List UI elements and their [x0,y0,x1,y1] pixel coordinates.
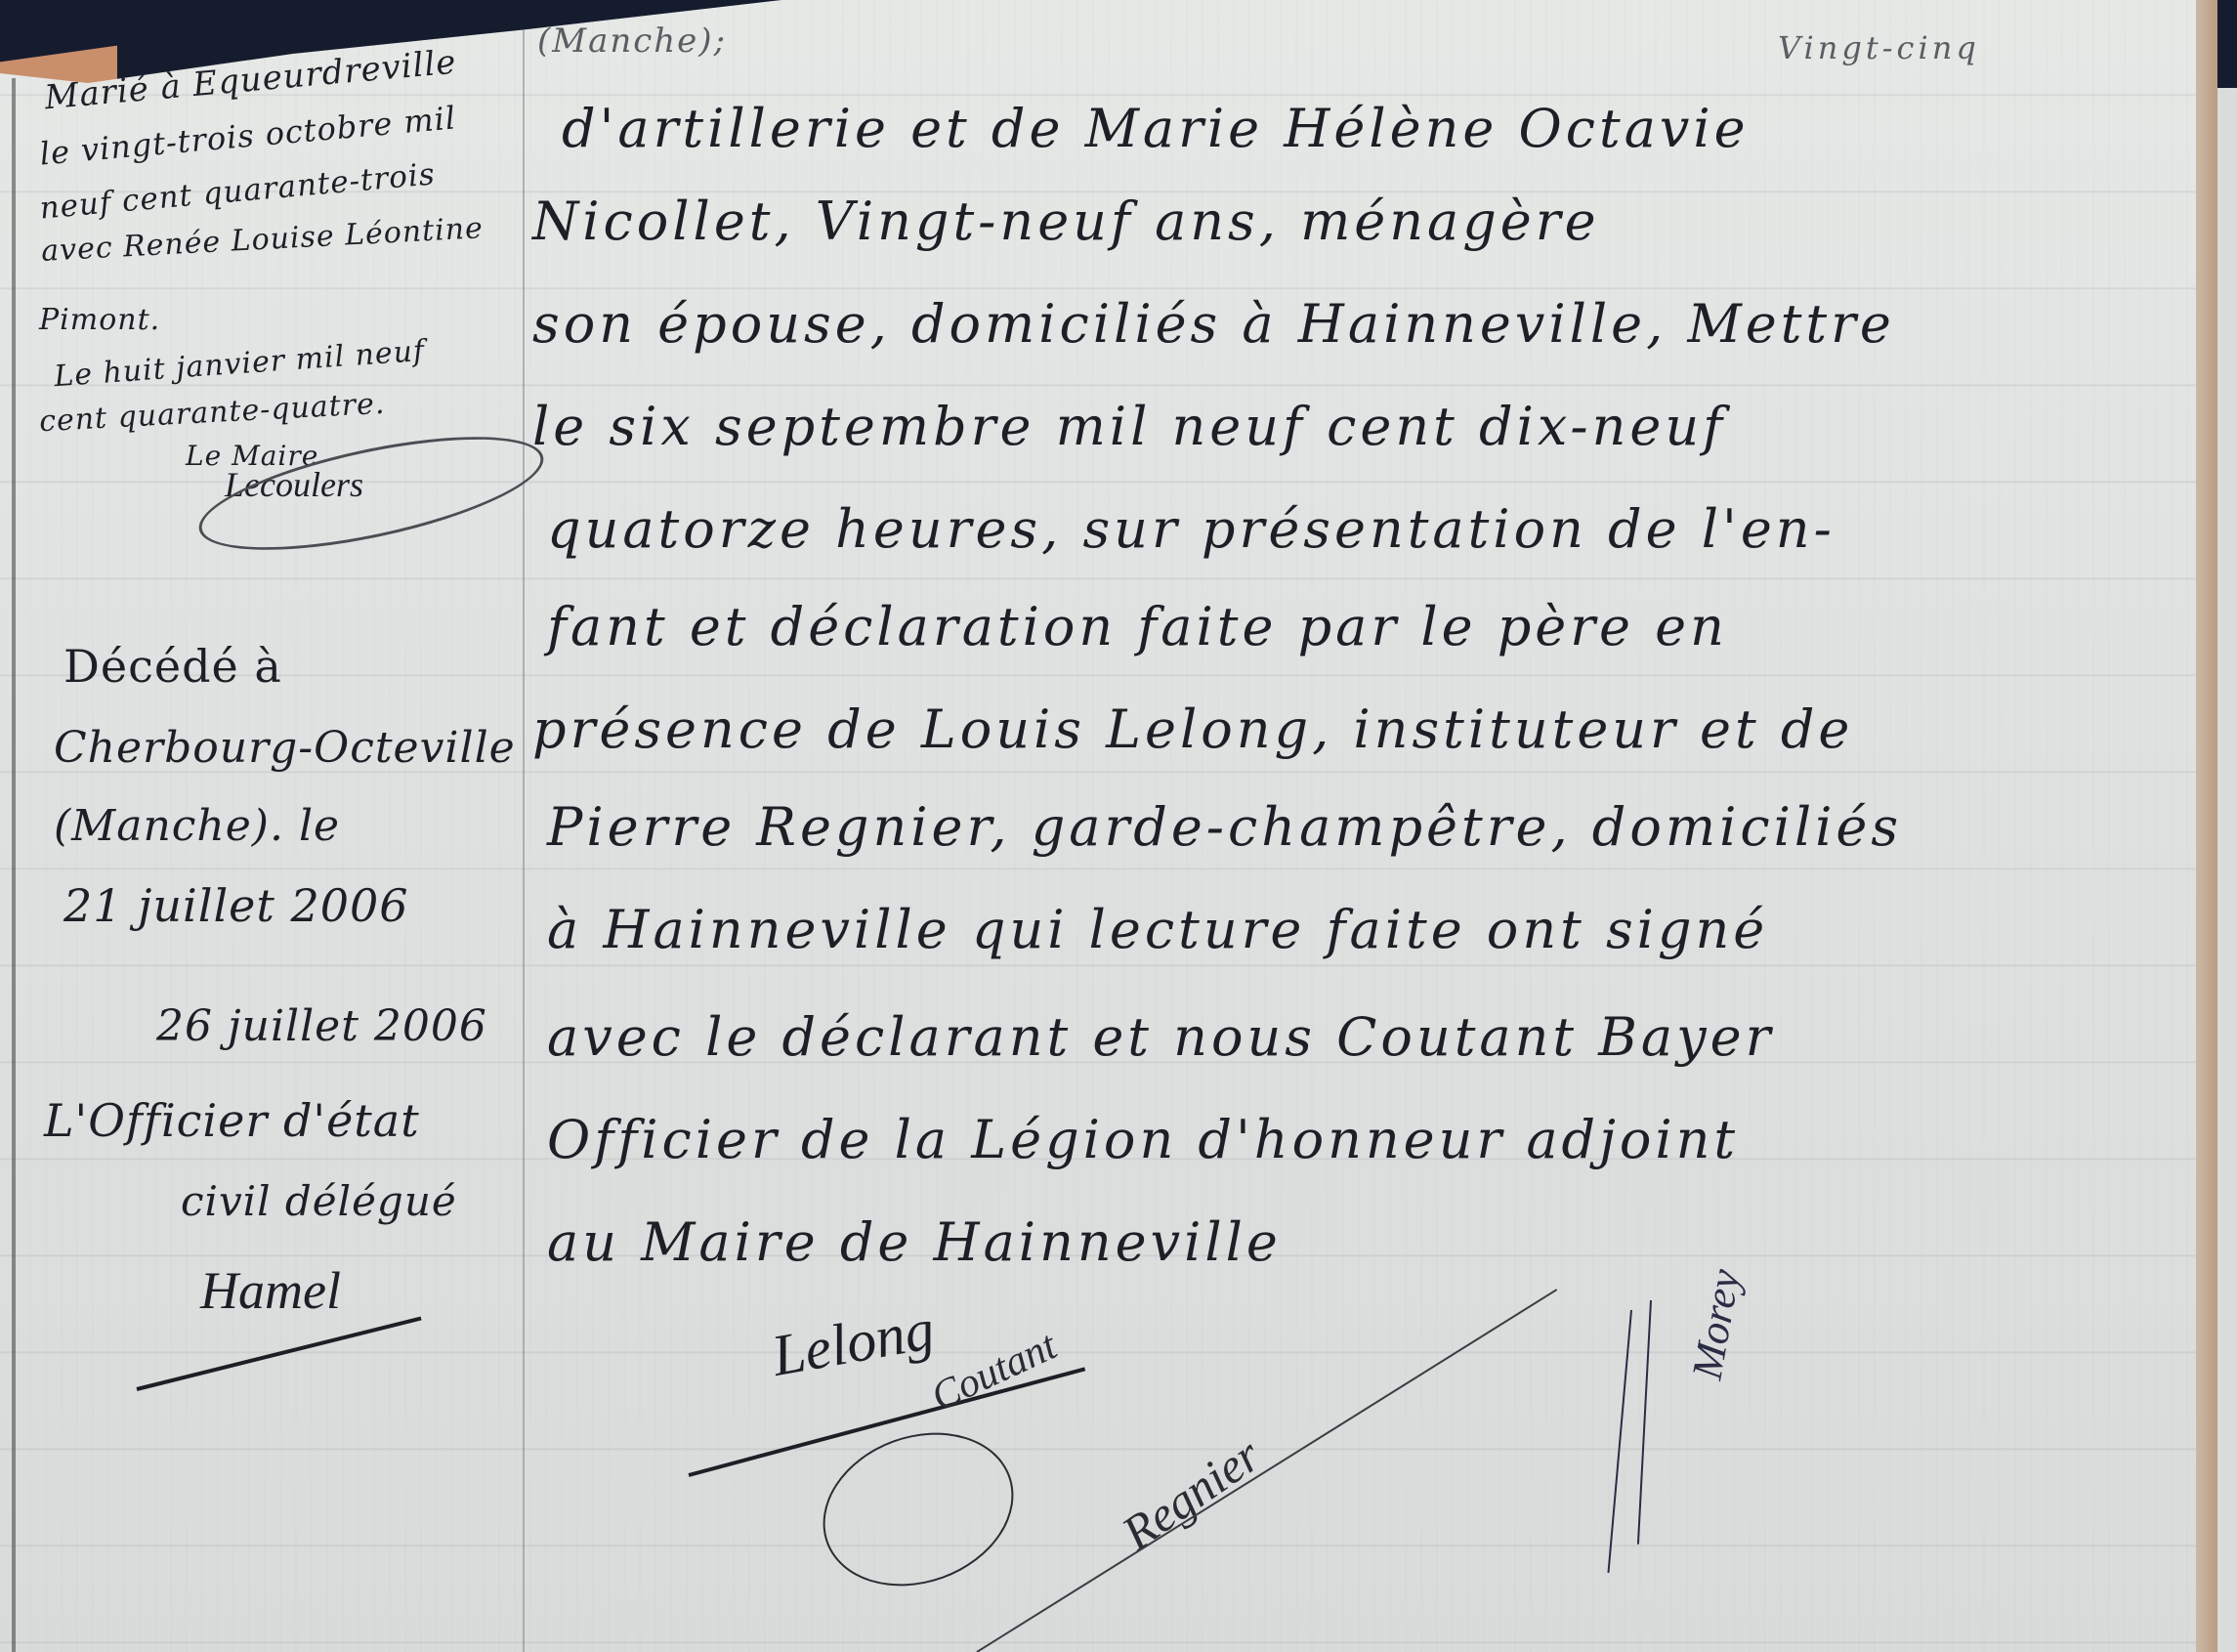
signature-underline [137,1316,422,1390]
margin-line: Décédé à [63,640,282,693]
margin-rule [523,0,525,1652]
margin-line: Pimont. [39,303,160,337]
body-line: à Hainneville qui lecture faite ont sign… [547,899,1768,960]
margin-line: civil délégué [181,1177,457,1225]
signature-flourish [801,1407,1034,1611]
signature-flourish [190,414,553,573]
signature-underline [976,1289,1557,1652]
page-right-edge [2196,0,2217,1652]
body-line: fant et déclaration faite par le père en [547,596,1728,657]
signature-stroke [1637,1300,1652,1545]
signature-stroke [1607,1310,1632,1573]
body-line: Nicollet, Vingt-neuf ans, ménagère [532,191,1600,252]
binding-spine [12,78,16,1652]
body-line: Pierre Regnier, garde-champêtre, domicil… [547,796,1902,858]
margin-line: 26 juillet 2006 [156,1001,487,1051]
body-line: quatorze heures, sur présentation de l'e… [547,498,1836,560]
body-line: avec le déclarant et nous Coutant Bayer [547,1006,1774,1068]
margin-line: Le huit janvier mil neuf [53,334,426,394]
body-line: Officier de la Légion d'honneur adjoint [547,1109,1739,1170]
body-line: d'artillerie et de Marie Hélène Octavie [562,98,1750,159]
register-page: Marié à Equeurdreville le vingt-trois oc… [0,0,2217,1652]
margin-line: (Manche). le [54,801,340,851]
body-line: présence de Louis Lelong, instituteur et… [532,699,1853,760]
body-line: (Manche); [537,21,727,61]
flourish-signature: Coutant [924,1323,1064,1421]
interlinear-correction: Vingt-cinq [1778,29,1980,66]
body-line: son épouse, domiciliés à Hainneville, Me… [532,293,1895,355]
adjoint-signature: Morey [1682,1265,1751,1382]
margin-line: L'Officier d'état [44,1094,420,1147]
margin-line: cent quarante-quatre. [38,387,386,440]
declarant-signature: Lelong [767,1295,939,1390]
body-line: au Maire de Hainneville [547,1211,1282,1273]
witness-signature: Regnier [1112,1426,1271,1561]
margin-line: Cherbourg-Octeville [54,723,516,773]
margin-line: 21 juillet 2006 [63,879,409,932]
officer-signature: Hamel [200,1260,341,1321]
body-line: le six septembre mil neuf cent dix-neuf [532,396,1726,457]
